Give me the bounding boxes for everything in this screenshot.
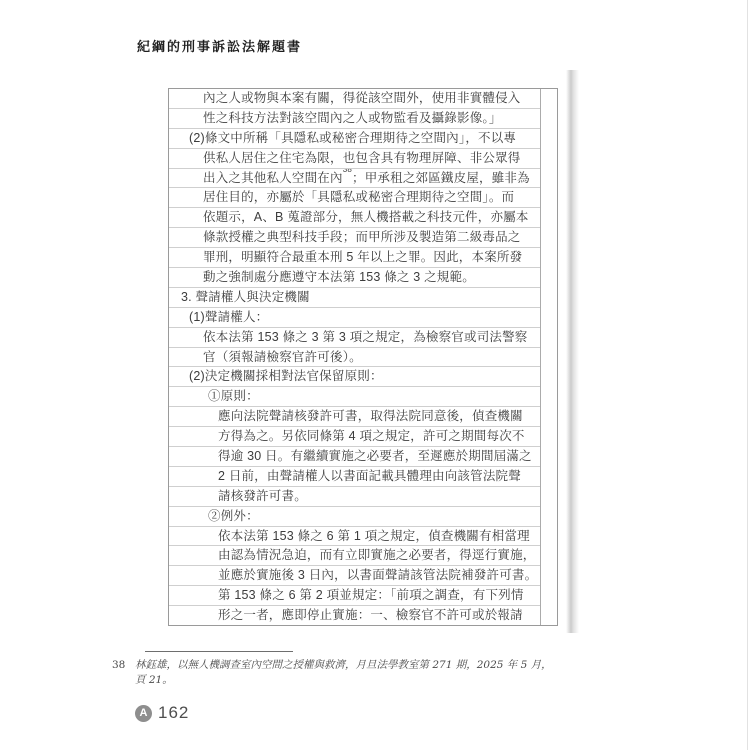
page-edge-shadow xyxy=(566,70,579,633)
footnote-line: 林鈺雄，以無人機調查室內空間之授權與救濟，月旦法學教室第 271 期，2025 … xyxy=(135,658,587,673)
table-row: 方得為之。另依同條第 4 項之規定，許可之期間每次不 xyxy=(169,427,540,447)
footnote-text: 林鈺雄，以無人機調查室內空間之授權與救濟，月旦法學教室第 271 期，2025 … xyxy=(135,658,587,687)
footnote-separator xyxy=(145,651,293,652)
table-row: 2 日前，由聲請權人以書面記載具體理由向該管法院聲 xyxy=(169,467,540,487)
table-row: 3. 聲請權人與決定機關 xyxy=(169,288,540,308)
table-row: ①原則： xyxy=(169,387,540,407)
table-row: 動之強制處分應遵守本法第 153 條之 3 之規範。 xyxy=(169,268,540,288)
table-row: 出入之其他私人空間在內38；甲承租之郊區鐵皮屋，雖非為 xyxy=(169,169,540,189)
table-row: 條款授權之典型科技手段；而甲所涉及製造第二級毒品之 xyxy=(169,228,540,248)
table-row: 形之一者，應即停止實施：一、檢察官不許可或於報請 xyxy=(169,606,540,625)
table-row: 由認為情況急迫，而有立即實施之必要者，得逕行實施， xyxy=(169,546,540,566)
table-row: (2)決定機關採相對法官保留原則： xyxy=(169,367,540,387)
publisher-badge-icon: A xyxy=(135,705,152,722)
table-row: 第 153 條之 6 第 2 項並規定：「前項之調查，有下列情 xyxy=(169,586,540,606)
scan-edge-line xyxy=(747,0,748,750)
page-number: 162 xyxy=(158,703,189,723)
table-row: (1)聲請權人： xyxy=(169,308,540,328)
table-row: 罪刑，明顯符合最重本刑 5 年以上之罪。因此，本案所發 xyxy=(169,248,540,268)
table-row: 請核發許可書。 xyxy=(169,487,540,507)
table-row: 並應於實施後 3 日內，以書面聲請該管法院補發許可書。 xyxy=(169,566,540,586)
table-text-column: 內之人或物與本案有關，得從該空間外，使用非實體侵入性之科技方法對該空間內之人或物… xyxy=(169,89,541,625)
table-row: 內之人或物與本案有關，得從該空間外，使用非實體侵入 xyxy=(169,89,540,109)
table-row: 得逾 30 日。有繼續實施之必要者，至遲應於期間屆滿之 xyxy=(169,447,540,467)
table-row: 居住目的，亦屬於「具隱私或秘密合理期待之空間」。而 xyxy=(169,188,540,208)
table-row: 依本法第 153 條之 6 第 1 項之規定，偵查機關有相當理 xyxy=(169,527,540,547)
table-row: 應向法院聲請核發許可書，取得法院同意後，偵查機關 xyxy=(169,407,540,427)
running-header-title: 紀綱的刑事訴訟法解題書 xyxy=(137,36,302,55)
table-row: ②例外： xyxy=(169,507,540,527)
page-footer: A 162 xyxy=(135,703,189,723)
answer-table: 內之人或物與本案有關，得從該空間外，使用非實體侵入性之科技方法對該空間內之人或物… xyxy=(168,88,558,626)
book-page: 紀綱的刑事訴訟法解題書 內之人或物與本案有關，得從該空間外，使用非實體侵入性之科… xyxy=(0,0,750,750)
table-row: 性之科技方法對該空間內之人或物監看及攝錄影像。」 xyxy=(169,109,540,129)
footnote: 38 林鈺雄，以無人機調查室內空間之授權與救濟，月旦法學教室第 271 期，20… xyxy=(112,658,587,687)
footnote-number: 38 xyxy=(112,658,125,673)
table-row: 官（須報請檢察官許可後）。 xyxy=(169,348,540,368)
table-row: 依題示，A、B 蒐證部分，無人機搭載之科技元件，亦屬本 xyxy=(169,208,540,228)
footnote-ref: 38 xyxy=(343,169,352,175)
footnote-line: 頁 21。 xyxy=(135,673,587,688)
table-row: (2)條文中所稱「具隱私或秘密合理期待之空間內」，不以專 xyxy=(169,129,540,149)
table-row: 供私人居住之住宅為限，也包含具有物理屏障、非公眾得 xyxy=(169,149,540,169)
table-margin-column xyxy=(541,89,557,625)
table-row: 依本法第 153 條之 3 第 3 項之規定，為檢察官或司法警察 xyxy=(169,328,540,348)
